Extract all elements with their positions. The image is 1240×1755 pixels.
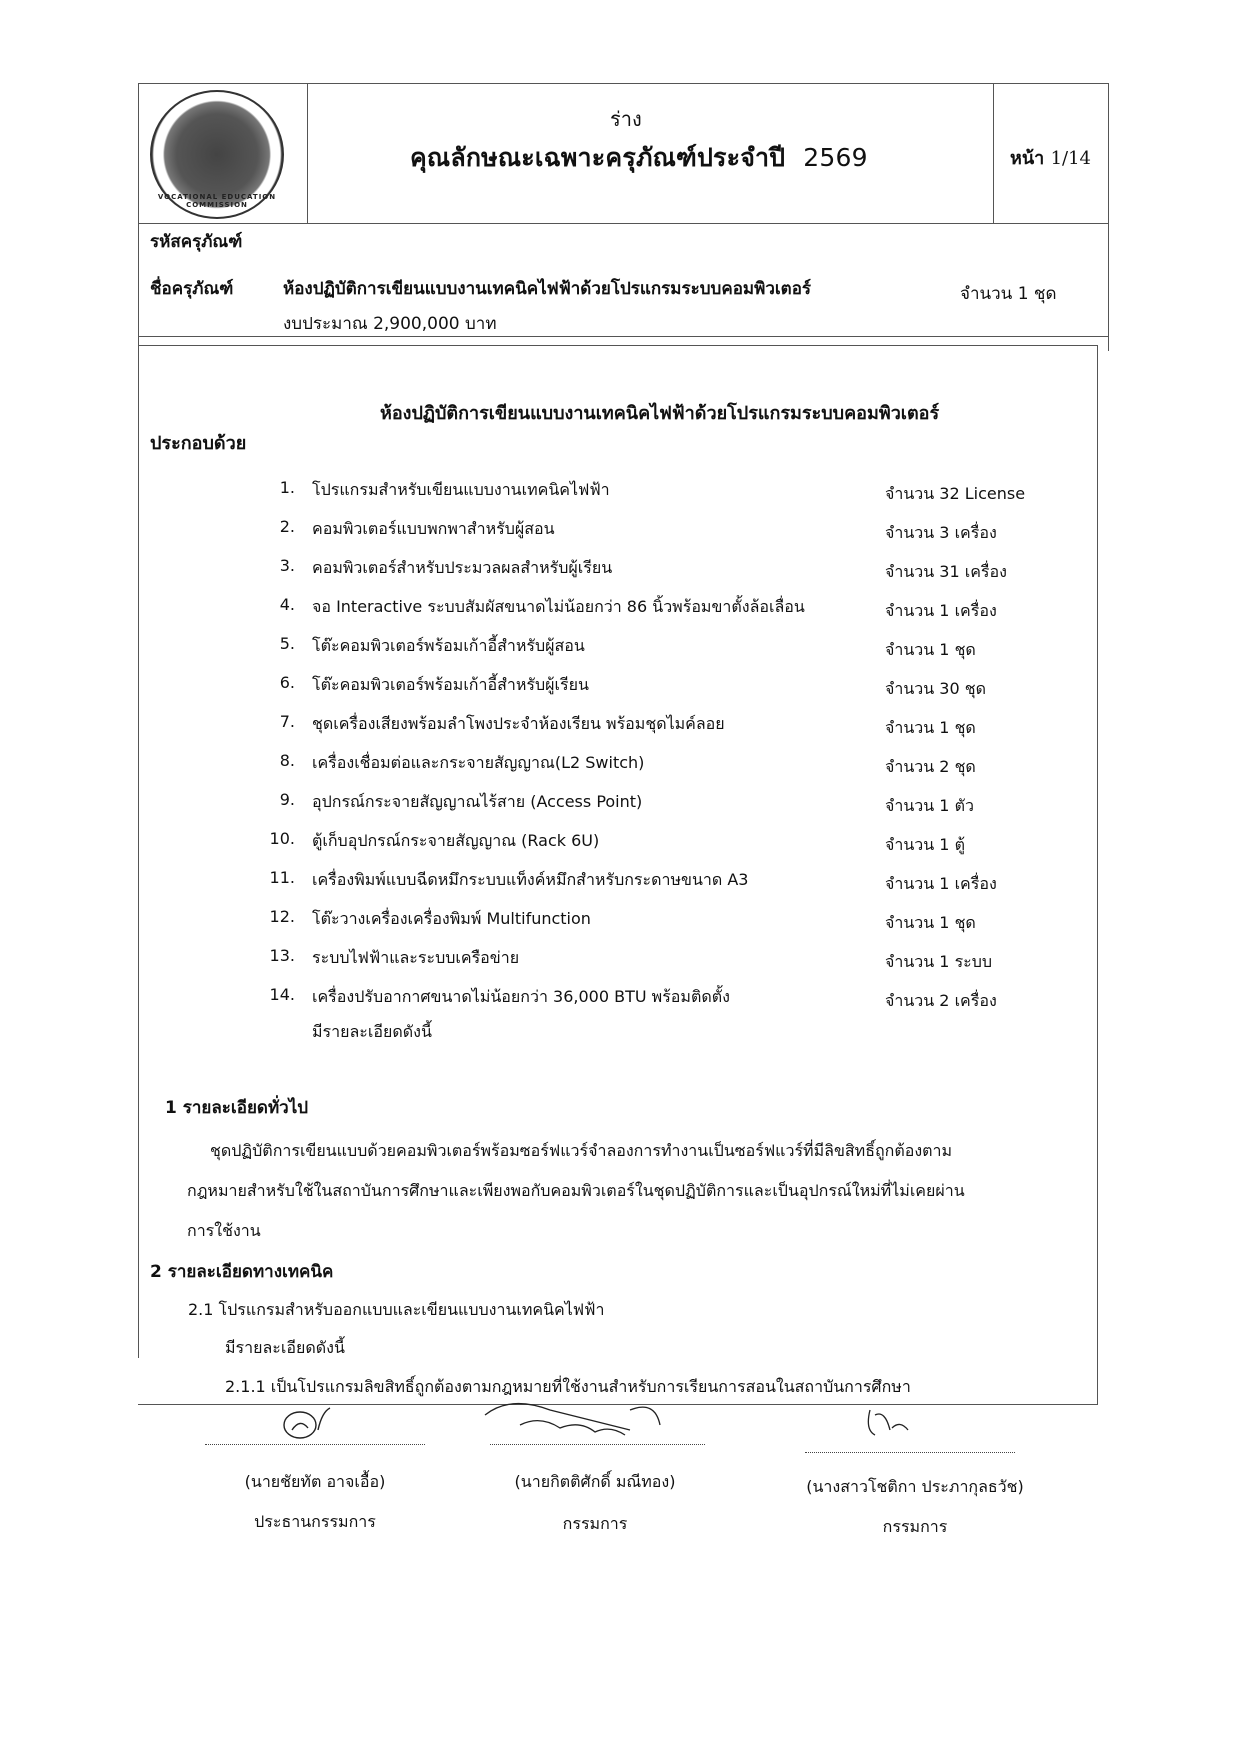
signature-3-line: [805, 1452, 1015, 1453]
item-quantity: จำนวน 31 เครื่อง: [885, 560, 1007, 585]
item-number: 4.: [255, 595, 295, 614]
item-number: 3.: [255, 556, 295, 575]
item-quantity: จำนวน 1 ตู้: [885, 833, 965, 858]
body-box-right-border: [1097, 345, 1098, 1405]
item-number: 12.: [255, 907, 295, 926]
signature-1-line: [205, 1444, 425, 1445]
document-title-text: คุณลักษณะเฉพาะครุภัณฑ์ประจำปี: [410, 143, 785, 172]
item-name: อุปกรณ์กระจายสัญญาณไร้สาย (Access Point): [312, 790, 642, 815]
item-quantity: จำนวน 2 ชุด: [885, 755, 976, 780]
signature-2-scribble: [480, 1390, 680, 1445]
equipment-name-label: ชื่อครุภัณฑ์: [150, 275, 233, 302]
item-name: โปรแกรมสำหรับเขียนแบบงานเทคนิคไฟฟ้า: [312, 478, 610, 503]
items-footer: มีรายละเอียดดังนี้: [312, 1020, 432, 1045]
item-number: 1.: [255, 478, 295, 497]
section-1-line-1: ชุดปฏิบัติการเขียนแบบด้วยคอมพิวเตอร์พร้อ…: [210, 1132, 952, 1170]
item-number: 9.: [255, 790, 295, 809]
page-value: 1/14: [1051, 148, 1091, 169]
item-quantity: จำนวน 1 ระบบ: [885, 950, 992, 975]
item-quantity: จำนวน 30 ชุด: [885, 677, 986, 702]
header-box-top-border: [138, 83, 1108, 84]
item-quantity: จำนวน 1 เครื่อง: [885, 599, 997, 624]
item-quantity: จำนวน 1 ตัว: [885, 794, 974, 819]
equipment-code-label: รหัสครุภัณฑ์: [150, 228, 242, 255]
page-label: หน้า: [1010, 148, 1044, 169]
item-number: 8.: [255, 751, 295, 770]
header-logo-divider: [307, 83, 308, 223]
item-quantity: จำนวน 1 เครื่อง: [885, 872, 997, 897]
header-info-divider: [138, 223, 1108, 224]
item-quantity: จำนวน 1 ชุด: [885, 911, 976, 936]
document-year: 2569: [803, 143, 867, 172]
item-number: 13.: [255, 946, 295, 965]
section-1-title: 1 รายละเอียดทั่วไป: [165, 1094, 308, 1121]
item-name: คอมพิวเตอร์แบบพกพาสำหรับผู้สอน: [312, 517, 555, 542]
signature-1-scribble: [280, 1400, 350, 1445]
header-box-right-border: [1108, 83, 1109, 351]
item-name: จอ Interactive ระบบสัมผัสขนาดไม่น้อยกว่า…: [312, 595, 805, 620]
signature-3-role: กรรมการ: [780, 1515, 1050, 1540]
logo-text: VOCATIONAL EDUCATION COMMISSION: [152, 193, 282, 209]
item-number: 10.: [255, 829, 295, 848]
item-quantity: จำนวน 32 License: [885, 482, 1025, 507]
section-1-line-2: กฎหมายสำหรับใช้ในสถาบันการศึกษาและเพียงพ…: [187, 1172, 965, 1210]
item-name: เครื่องปรับอากาศขนาดไม่น้อยกว่า 36,000 B…: [312, 985, 730, 1010]
section-1-line-3: การใช้งาน: [187, 1212, 261, 1250]
main-title: ห้องปฏิบัติการเขียนแบบงานเทคนิคไฟฟ้าด้วย…: [380, 398, 939, 427]
equipment-budget: งบประมาณ 2,900,000 บาท: [283, 310, 497, 337]
signature-3-name: (นางสาวโชติกา ประภากุลธวัช): [780, 1475, 1050, 1500]
item-name: เครื่องพิมพ์แบบฉีดหมึกระบบแท็งค์หมึกสำหร…: [312, 868, 748, 893]
item-number: 6.: [255, 673, 295, 692]
signature-2-line: [490, 1444, 705, 1445]
document-title: คุณลักษณะเฉพาะครุภัณฑ์ประจำปี2569: [410, 138, 868, 178]
item-name: คอมพิวเตอร์สำหรับประมวลผลสำหรับผู้เรียน: [312, 556, 612, 581]
signature-1-role: ประธานกรรมการ: [190, 1510, 440, 1535]
item-number: 14.: [255, 985, 295, 1004]
signature-3-scribble: [860, 1400, 930, 1440]
item-name: โต๊ะคอมพิวเตอร์พร้อมเก้าอี้สำหรับผู้เรีย…: [312, 673, 589, 698]
item-quantity: จำนวน 2 เครื่อง: [885, 989, 997, 1014]
item-number: 5.: [255, 634, 295, 653]
signature-2-name: (นายกิตติศักดิ์ มณีทอง): [470, 1470, 720, 1495]
item-quantity: จำนวน 3 เครื่อง: [885, 521, 997, 546]
item-name: ชุดเครื่องเสียงพร้อมลำโพงประจำห้องเรียน …: [312, 712, 725, 737]
item-name: โต๊ะวางเครื่องเครื่องพิมพ์ Multifunction: [312, 907, 591, 932]
vocational-education-commission-logo: VOCATIONAL EDUCATION COMMISSION: [150, 90, 284, 219]
equipment-name-value: ห้องปฏิบัติการเขียนแบบงานเทคนิคไฟฟ้าด้วย…: [283, 275, 811, 302]
item-name: ระบบไฟฟ้าและระบบเครือข่าย: [312, 946, 519, 971]
section-2-1-title: 2.1 โปรแกรมสำหรับออกแบบและเขียนแบบงานเทค…: [188, 1298, 604, 1323]
item-number: 7.: [255, 712, 295, 731]
signature-1-name: (นายชัยทัต อาจเอื้อ): [190, 1470, 440, 1495]
header-page-divider: [993, 83, 994, 223]
item-quantity: จำนวน 1 ชุด: [885, 716, 976, 741]
item-number: 11.: [255, 868, 295, 887]
item-quantity: จำนวน 1 ชุด: [885, 638, 976, 663]
item-name: โต๊ะคอมพิวเตอร์พร้อมเก้าอี้สำหรับผู้สอน: [312, 634, 585, 659]
item-number: 2.: [255, 517, 295, 536]
composed-of-label: ประกอบด้วย: [150, 428, 246, 457]
page-box-left-border: [138, 83, 139, 1358]
signature-2-role: กรรมการ: [470, 1512, 720, 1537]
equipment-quantity: จำนวน 1 ชุด: [960, 280, 1057, 307]
item-name: ตู้เก็บอุปกรณ์กระจายสัญญาณ (Rack 6U): [312, 829, 599, 854]
section-2-1-sub: มีรายละเอียดดังนี้: [225, 1336, 345, 1361]
draft-label: ร่าง: [610, 103, 642, 135]
section-2-title: 2 รายละเอียดทางเทคนิค: [150, 1258, 333, 1285]
page-number: หน้า 1/14: [1010, 143, 1091, 172]
body-box-top-border: [138, 345, 1098, 346]
item-name: เครื่องเชื่อมต่อและกระจายสัญญาณ(L2 Switc…: [312, 751, 644, 776]
